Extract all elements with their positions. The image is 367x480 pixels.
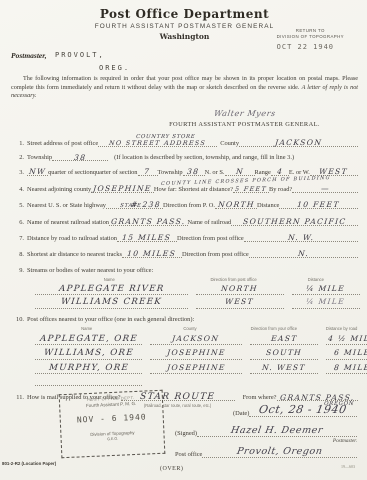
q5-direction-value: North <box>217 202 254 208</box>
q3-label5: E. or W. <box>289 169 310 176</box>
q2-number: 2. <box>11 154 24 161</box>
official-signature-block: Walter Myers FOURTH ASSISTANT POSTMASTER… <box>131 102 358 129</box>
q10-r3-county-field: Josephine <box>150 355 241 374</box>
q4-county-field: Josephine <box>91 185 154 193</box>
date-field: Oct, 28 - 1940 <box>249 403 357 417</box>
q10-table-row: Murphy, Ore Josephine N. West 8 Miles <box>35 360 358 375</box>
q11-number: 11. <box>11 394 24 401</box>
q6-railroad-value: Southern Pacific <box>243 219 347 225</box>
q4-road-field: — <box>292 185 358 193</box>
q3-label3: N. or S. <box>205 169 225 176</box>
q9-table-row: Williams Creek West ¼ Mile <box>35 295 358 309</box>
q3-quarter-value: NW <box>29 169 47 175</box>
q6-station-value: Grants Pass. <box>111 219 186 225</box>
q10-row: 10. Post offices nearest to your office … <box>11 316 358 323</box>
form-code: 801-2-R2 (Location Paper) <box>2 461 56 466</box>
q10-r3-direction-field: N. West <box>250 355 319 374</box>
q10-r3-name: Murphy, Ore <box>48 365 129 372</box>
q4-air-distance-field: 5 feet <box>233 185 269 193</box>
q3-number: 3. <box>11 169 24 176</box>
q7-distance-field: 15 Miles <box>117 234 177 242</box>
q11-from-field: Grants Pass, Oregon <box>277 393 358 401</box>
q8-row: 8. Shortest air distance to nearest trac… <box>11 250 358 258</box>
q1-label: Street address of post office <box>27 140 98 147</box>
date-row: (Date) Oct, 28 - 1940 <box>175 403 357 417</box>
signature-field: Hazel H. Deemer <box>197 425 357 437</box>
q6-station-field: Grants Pass. <box>109 218 188 226</box>
q3-section-value: 7 <box>144 169 151 175</box>
q9-row: 9. Streams or bodies of water nearest to… <box>11 267 358 274</box>
q4-county-value: Josephine <box>93 186 152 192</box>
q10-r3-distance-field: 8 Miles <box>326 355 367 374</box>
post-office-row: Post office Provolt, Oregon <box>175 446 357 458</box>
q10-r4-name-field <box>35 385 142 386</box>
q3-section-field: 7 <box>138 168 158 176</box>
q4-label3: By road? <box>269 186 292 193</box>
q5-row: 5. Nearest U. S. or State highway State … <box>11 201 358 209</box>
q9-label: Streams or bodies of water nearest to yo… <box>27 267 153 274</box>
q7-number: 7. <box>11 235 24 242</box>
q5-label3: Distance <box>257 202 279 209</box>
q9-r2-name: Williams Creek <box>61 299 163 306</box>
q10-r3-direction: N. West <box>262 365 306 371</box>
q9-r2-direction-field: West <box>196 290 284 309</box>
q5-label: Nearest U. S. or State highway <box>27 202 106 209</box>
over-note: (OVER) <box>160 466 183 472</box>
official-signer-title: FOURTH ASSISTANT POSTMASTER GENERAL. <box>131 121 358 129</box>
date-value: Oct, 28 - 1940 <box>258 403 348 416</box>
q9-r2-name-field: Williams Creek <box>35 290 188 309</box>
q10-label: Post offices nearest to your office (one… <box>27 316 194 323</box>
addressee-block: Postmaster, PROVOLT, OREG. <box>11 45 358 75</box>
q8-distance-value: 10 Miles <box>127 251 177 257</box>
print-code: 19—603 <box>341 464 355 469</box>
q1-county-field: Jackson <box>239 139 358 147</box>
post-office-label: Post office <box>175 451 202 458</box>
q1-county-label: County <box>220 140 239 147</box>
q3-label4: Range <box>255 169 271 176</box>
q3-row: 3. NW quarter of section quarter of sect… <box>11 168 358 176</box>
post-office-field: Provolt, Oregon <box>202 446 357 458</box>
q8-label: Shortest air distance to nearest tracks <box>27 251 122 258</box>
q7-distance-value: 15 Miles <box>122 235 172 241</box>
q5-distance-value: 10 feet <box>297 202 340 208</box>
intro-paragraph: The following information is required in… <box>11 75 358 101</box>
q10-r3-county: Josephine <box>166 365 225 371</box>
signed-label: (Signed) <box>175 430 197 437</box>
q9-number: 9. <box>11 267 24 274</box>
date-label: (Date) <box>233 410 249 417</box>
addressee-state: OREG. <box>99 64 130 72</box>
q8-distance-field: 10 Miles <box>122 250 182 258</box>
official-signature: Walter Myers <box>213 109 276 119</box>
q6-railroad-field: Southern Pacific <box>231 218 358 226</box>
q7-label: Distance by road to railroad station <box>27 235 117 242</box>
q9-r2-distance: ¼ Mile <box>306 299 346 305</box>
q10-table-empty-row <box>35 374 358 386</box>
q4-label2: How far: Shortest air distance? <box>154 186 233 193</box>
form-header: Post Office Department FOURTH ASSISTANT … <box>11 7 358 41</box>
q3-range-value: 4 <box>276 169 283 175</box>
q3-label1-text: quarter of section <box>93 169 138 176</box>
q7-label2: Direction from post office <box>177 235 244 242</box>
q4-air-distance-value: 5 feet <box>235 187 267 192</box>
q6-label: Name of nearest railroad station <box>27 219 109 226</box>
q1-address-value: No Street Address <box>109 141 207 146</box>
return-to-line2: DIVISION OF TOPOGRAPHY <box>277 34 344 40</box>
q3-label2: Township <box>158 169 183 176</box>
q2-township-value: 38 <box>74 155 87 161</box>
q6-number: 6. <box>11 219 24 226</box>
q5-direction-field: North <box>215 201 257 209</box>
q1-county-value: Jackson <box>275 140 323 146</box>
q8-number: 8. <box>11 251 24 258</box>
postmaster-label: Postmaster, <box>11 51 47 60</box>
q10-table: Name County Direction from your office D… <box>35 326 358 387</box>
addressee-city: PROVOLT, <box>55 51 105 59</box>
q2-label: Township <box>27 154 52 161</box>
q10-r3-name-field: Murphy, Ore <box>35 355 142 374</box>
received-stamp-date: NOV - 6 1940 <box>61 412 163 425</box>
q4-row: County line crosses porch of building 4.… <box>11 185 358 193</box>
return-to-note: RETURN TO DIVISION OF TOPOGRAPHY <box>277 28 344 40</box>
signoff-block: (Date) Oct, 28 - 1940 (Signed) Hazel H. … <box>175 403 357 458</box>
q3-township-field: 38 <box>183 168 205 176</box>
q8-label2: Direction from post office <box>182 251 249 258</box>
q3-ns-value: N <box>235 169 244 175</box>
q3-quarter-field: NW <box>27 168 48 176</box>
location-paper-form: Post Office Department FOURTH ASSISTANT … <box>0 0 367 480</box>
q9-r2-direction: West <box>225 299 254 305</box>
q11-from-label: From where? <box>243 394 277 401</box>
q3-ns-field: N <box>225 168 255 176</box>
q1-number: 1. <box>11 140 24 147</box>
q10-number: 10. <box>11 316 24 323</box>
signature-value: Hazel H. Deemer <box>230 425 324 436</box>
q5-distance-field: 10 feet <box>279 201 358 209</box>
q6-label2: Name of railroad <box>188 219 232 226</box>
q5-highway-field: State # 238 <box>106 201 163 209</box>
q4-number: 4. <box>11 186 24 193</box>
post-office-value: Provolt, Oregon <box>236 446 323 457</box>
q3-range-field: 4 <box>271 168 289 176</box>
q9-r2-distance-field: ¼ Mile <box>292 290 361 309</box>
q1-row: 1. Street address of post office Country… <box>11 132 358 147</box>
postmaster-note: Postmaster. <box>175 438 357 444</box>
q2-note: (If location is described by section, to… <box>114 154 294 161</box>
q2-row: 2. Township 38 (If location is described… <box>11 153 358 161</box>
q8-direction-field: N. <box>249 250 358 258</box>
q7-row: 7. Distance by road to railroad station … <box>11 234 358 242</box>
q4-label: Nearest adjoining county <box>27 186 91 193</box>
department-title: Post Office Department <box>11 7 358 21</box>
received-stamp-box: POST OFFICE DEPT. Fourth Assistant P. M.… <box>59 390 166 458</box>
q3-label1: quarter of section <box>48 169 93 176</box>
q5-number: 5. <box>11 202 24 209</box>
q5-label2: Direction from P. O. <box>163 202 215 209</box>
q4-road-value: — <box>320 186 329 192</box>
q7-direction-value: N. W. <box>287 235 314 241</box>
signed-row: (Signed) Hazel H. Deemer <box>175 425 357 437</box>
q3-township-value: 38 <box>187 169 200 175</box>
q6-row: 6. Name of nearest railroad station Gran… <box>11 218 358 226</box>
q5-highway-value: # 238 <box>131 202 161 208</box>
q9-table: Name Direction from post office Distance… <box>35 277 358 309</box>
q1-address-field: Country Store No Street Address <box>98 132 217 147</box>
q10-r3-distance: 8 Miles <box>334 365 367 371</box>
q7-direction-field: N. W. <box>244 234 358 242</box>
q2-township-field: 38 <box>52 153 108 161</box>
q8-direction-value: N. <box>297 251 309 257</box>
